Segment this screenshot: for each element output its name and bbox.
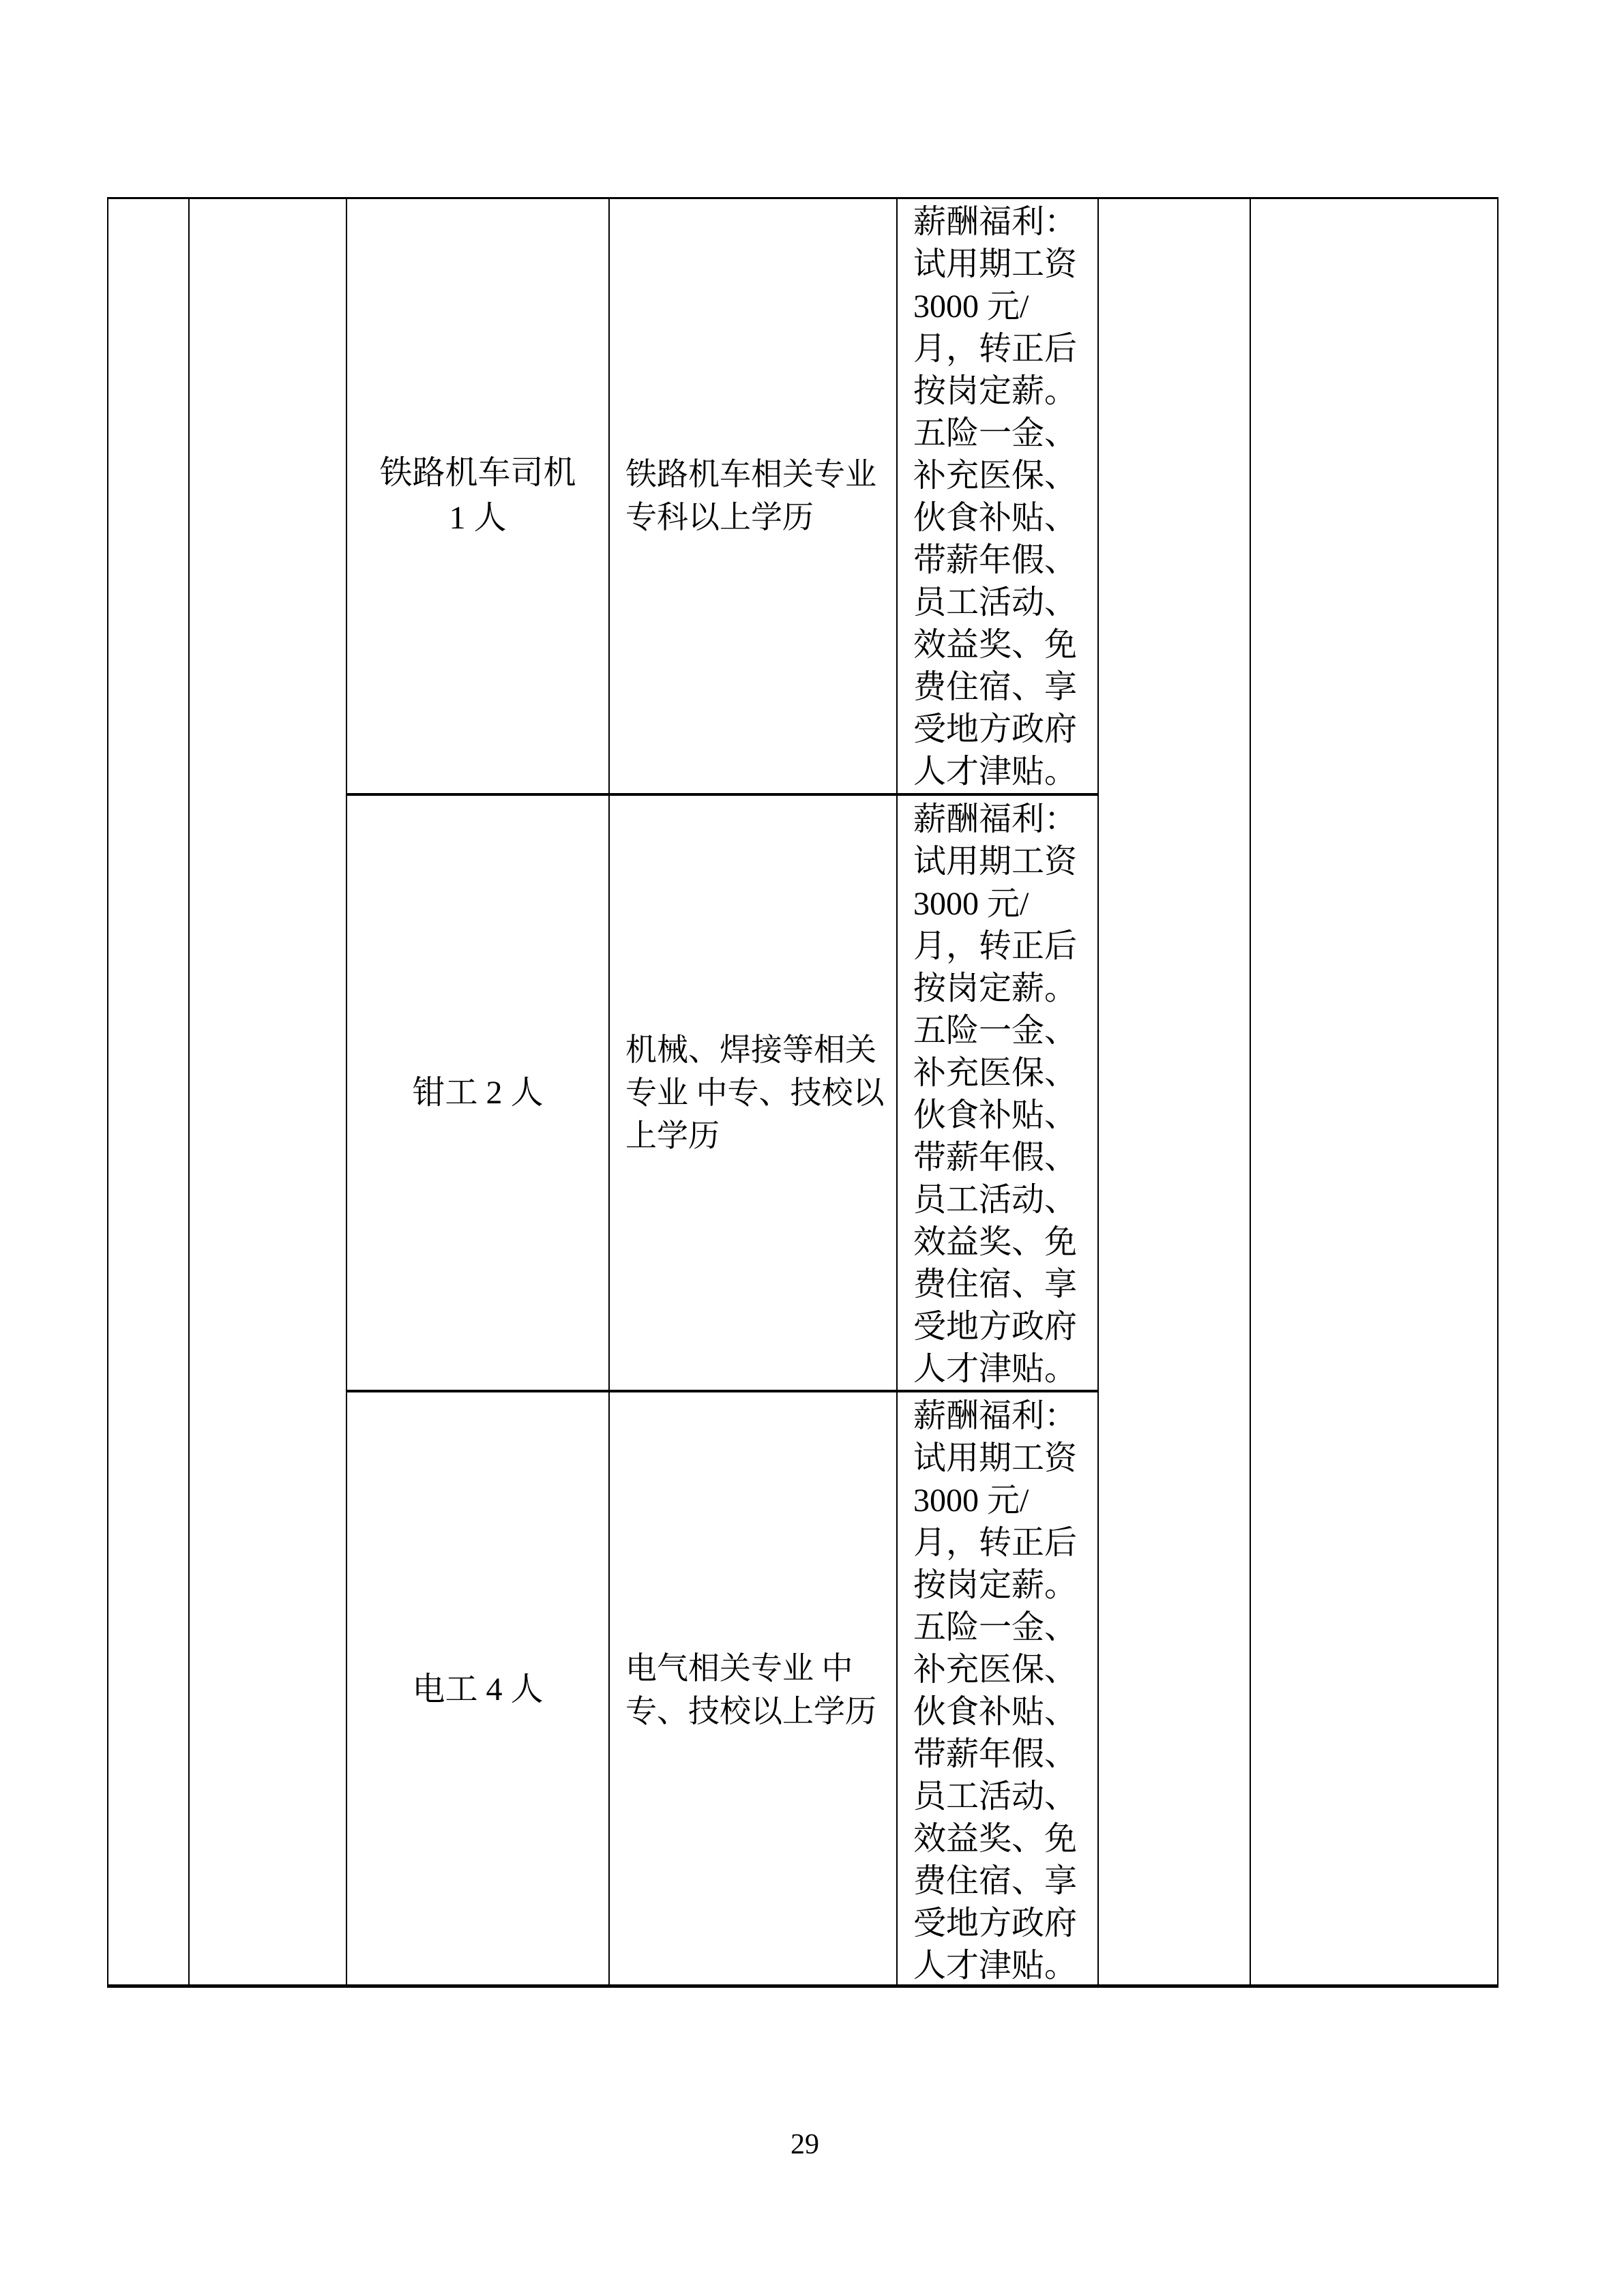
position-cell-row3: 电工 4 人 <box>346 1391 609 1988</box>
table-border-bottom <box>107 1984 1498 1988</box>
benefits-cell-row3: 薪酬福利： 试用期工资 3000 元/ 月，转正后 按岗定薪。 五险一金、 补充… <box>897 1391 1098 1988</box>
grid-line-col1 <box>188 197 190 1988</box>
benefits-cell-row2: 薪酬福利： 试用期工资 3000 元/ 月，转正后 按岗定薪。 五险一金、 补充… <box>897 794 1098 1391</box>
page-number: 29 <box>0 2128 1610 2162</box>
grid-line-col5 <box>1097 197 1099 1988</box>
position-cell-row1: 铁路机车司机 1 人 <box>346 197 609 794</box>
requirement-cell-row1: 铁路机车相关专业 专科以上学历 <box>609 197 897 794</box>
grid-line-col3 <box>608 197 610 1988</box>
requirement-cell-row3: 电气相关专业 中 专、技校以上学历 <box>609 1391 897 1988</box>
benefits-cell-row1: 薪酬福利： 试用期工资 3000 元/ 月，转正后 按岗定薪。 五险一金、 补充… <box>897 197 1098 794</box>
empty-cell-col6 <box>1098 197 1250 1988</box>
grid-line-col6 <box>1250 197 1251 1988</box>
table-border-top <box>107 197 1498 199</box>
grid-line-col4 <box>896 197 898 1988</box>
table-border-right <box>1497 197 1498 1988</box>
empty-cell-col7 <box>1250 197 1498 1988</box>
row-separator-1 <box>346 793 1098 796</box>
recruitment-table: 铁路机车司机 1 人 铁路机车相关专业 专科以上学历 薪酬福利： 试用期工资 3… <box>107 197 1498 1988</box>
grid-line-col2 <box>346 197 347 1988</box>
row-separator-2 <box>346 1390 1098 1392</box>
empty-cell-col1 <box>107 197 189 1988</box>
requirement-cell-row2: 机械、焊接等相关 专业 中专、技校以 上学历 <box>609 794 897 1391</box>
position-cell-row2: 钳工 2 人 <box>346 794 609 1391</box>
empty-cell-col2 <box>189 197 346 1988</box>
table-border-left <box>107 197 108 1988</box>
